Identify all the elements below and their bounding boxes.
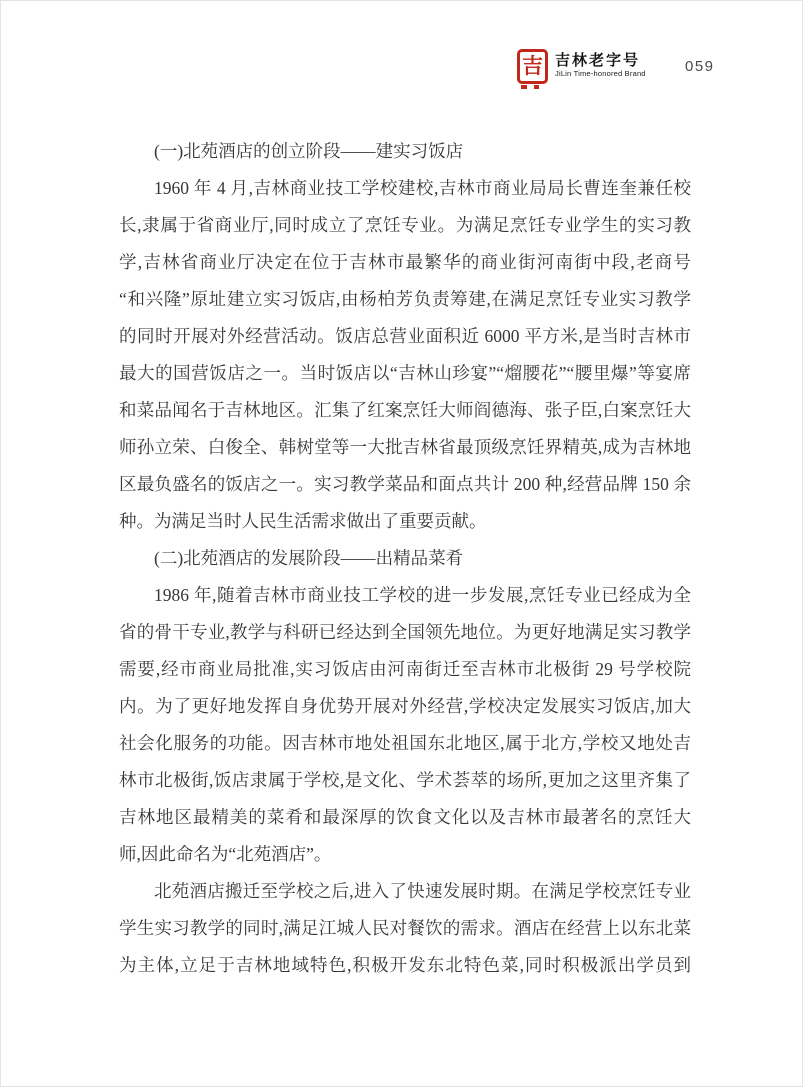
jilin-seal-icon: 吉 [517,49,548,84]
text-line: 师,因此命名为“北苑酒店”。 [119,836,691,873]
text-line: 1960 年 4 月,吉林商业技工学校建校,吉林市商业局局长曹连奎兼任校 [119,170,691,207]
text-line: 学,吉林省商业厅决定在位于吉林市最繁华的商业街河南街中段,老商号 [119,244,691,281]
text-line: 长,隶属于省商业厅,同时成立了烹饪专业。为满足烹饪专业学生的实习教 [119,207,691,244]
text-line: 北苑酒店搬迁至学校之后,进入了快速发展时期。在满足学校烹饪专业 [119,873,691,910]
text-line: 种。为满足当时人民生活需求做出了重要贡献。 [119,503,691,540]
text-line: 林市北极街,饭店隶属于学校,是文化、学术荟萃的场所,更加之这里齐集了 [119,762,691,799]
text-line: 师孙立荣、白俊全、韩树堂等一大批吉林省最顶级烹饪界精英,成为吉林地 [119,429,691,466]
text-line: 1986 年,随着吉林市商业技工学校的进一步发展,烹饪专业已经成为全 [119,577,691,614]
section-heading: (一)北苑酒店的创立阶段——建实习饭店 [119,133,691,170]
document-body: (一)北苑酒店的创立阶段——建实习饭店 1960 年 4 月,吉林商业技工学校建… [119,133,691,984]
section-heading: (二)北苑酒店的发展阶段——出精品菜肴 [119,540,691,577]
brand-name: 吉林老字号 [555,52,646,69]
brand-logo: 吉 吉林老字号 JiLin Time-honored Brand [517,49,646,84]
text-line: 需要,经市商业局批准,实习饭店由河南街迁至吉林市北极街 29 号学校院 [119,651,691,688]
text-line: 内。为了更好地发挥自身优势开展对外经营,学校决定发展实习饭店,加大 [119,688,691,725]
seal-character: 吉 [522,56,543,77]
text-line: 社会化服务的功能。因吉林市地处祖国东北地区,属于北方,学校又地处吉 [119,725,691,762]
text-line: 学生实习教学的同时,满足江城人民对餐饮的需求。酒店在经营上以东北菜 [119,910,691,947]
page-number: 059 [685,58,715,75]
brand-text-block: 吉林老字号 JiLin Time-honored Brand [555,49,646,78]
text-line: 省的骨干专业,教学与科研已经达到全国领先地位。为更好地满足实习教学 [119,614,691,651]
document-page: 吉 吉林老字号 JiLin Time-honored Brand 059 (一)… [0,0,803,1087]
text-line: 的同时开展对外经营活动。饭店总营业面积近 6000 平方米,是当时吉林市 [119,318,691,355]
text-line: 和菜品闻名于吉林地区。汇集了红案烹饪大师阎德海、张子臣,白案烹饪大 [119,392,691,429]
text-line: 最大的国营饭店之一。当时饭店以“吉林山珍宴”“熘腰花”“腰里爆”等宴席 [119,355,691,392]
text-line: “和兴隆”原址建立实习饭店,由杨柏芳负责筹建,在满足烹饪专业实习教学 [119,281,691,318]
brand-subtitle: JiLin Time-honored Brand [555,69,646,78]
text-line: 为主体,立足于吉林地域特色,积极开发东北特色菜,同时积极派出学员到 [119,947,691,984]
text-line: 吉林地区最精美的菜肴和最深厚的饮食文化以及吉林市最著名的烹饪大 [119,799,691,836]
text-line: 区最负盛名的饭店之一。实习教学菜品和面点共计 200 种,经营品牌 150 余 [119,466,691,503]
page-header: 吉 吉林老字号 JiLin Time-honored Brand 059 [1,1,802,101]
